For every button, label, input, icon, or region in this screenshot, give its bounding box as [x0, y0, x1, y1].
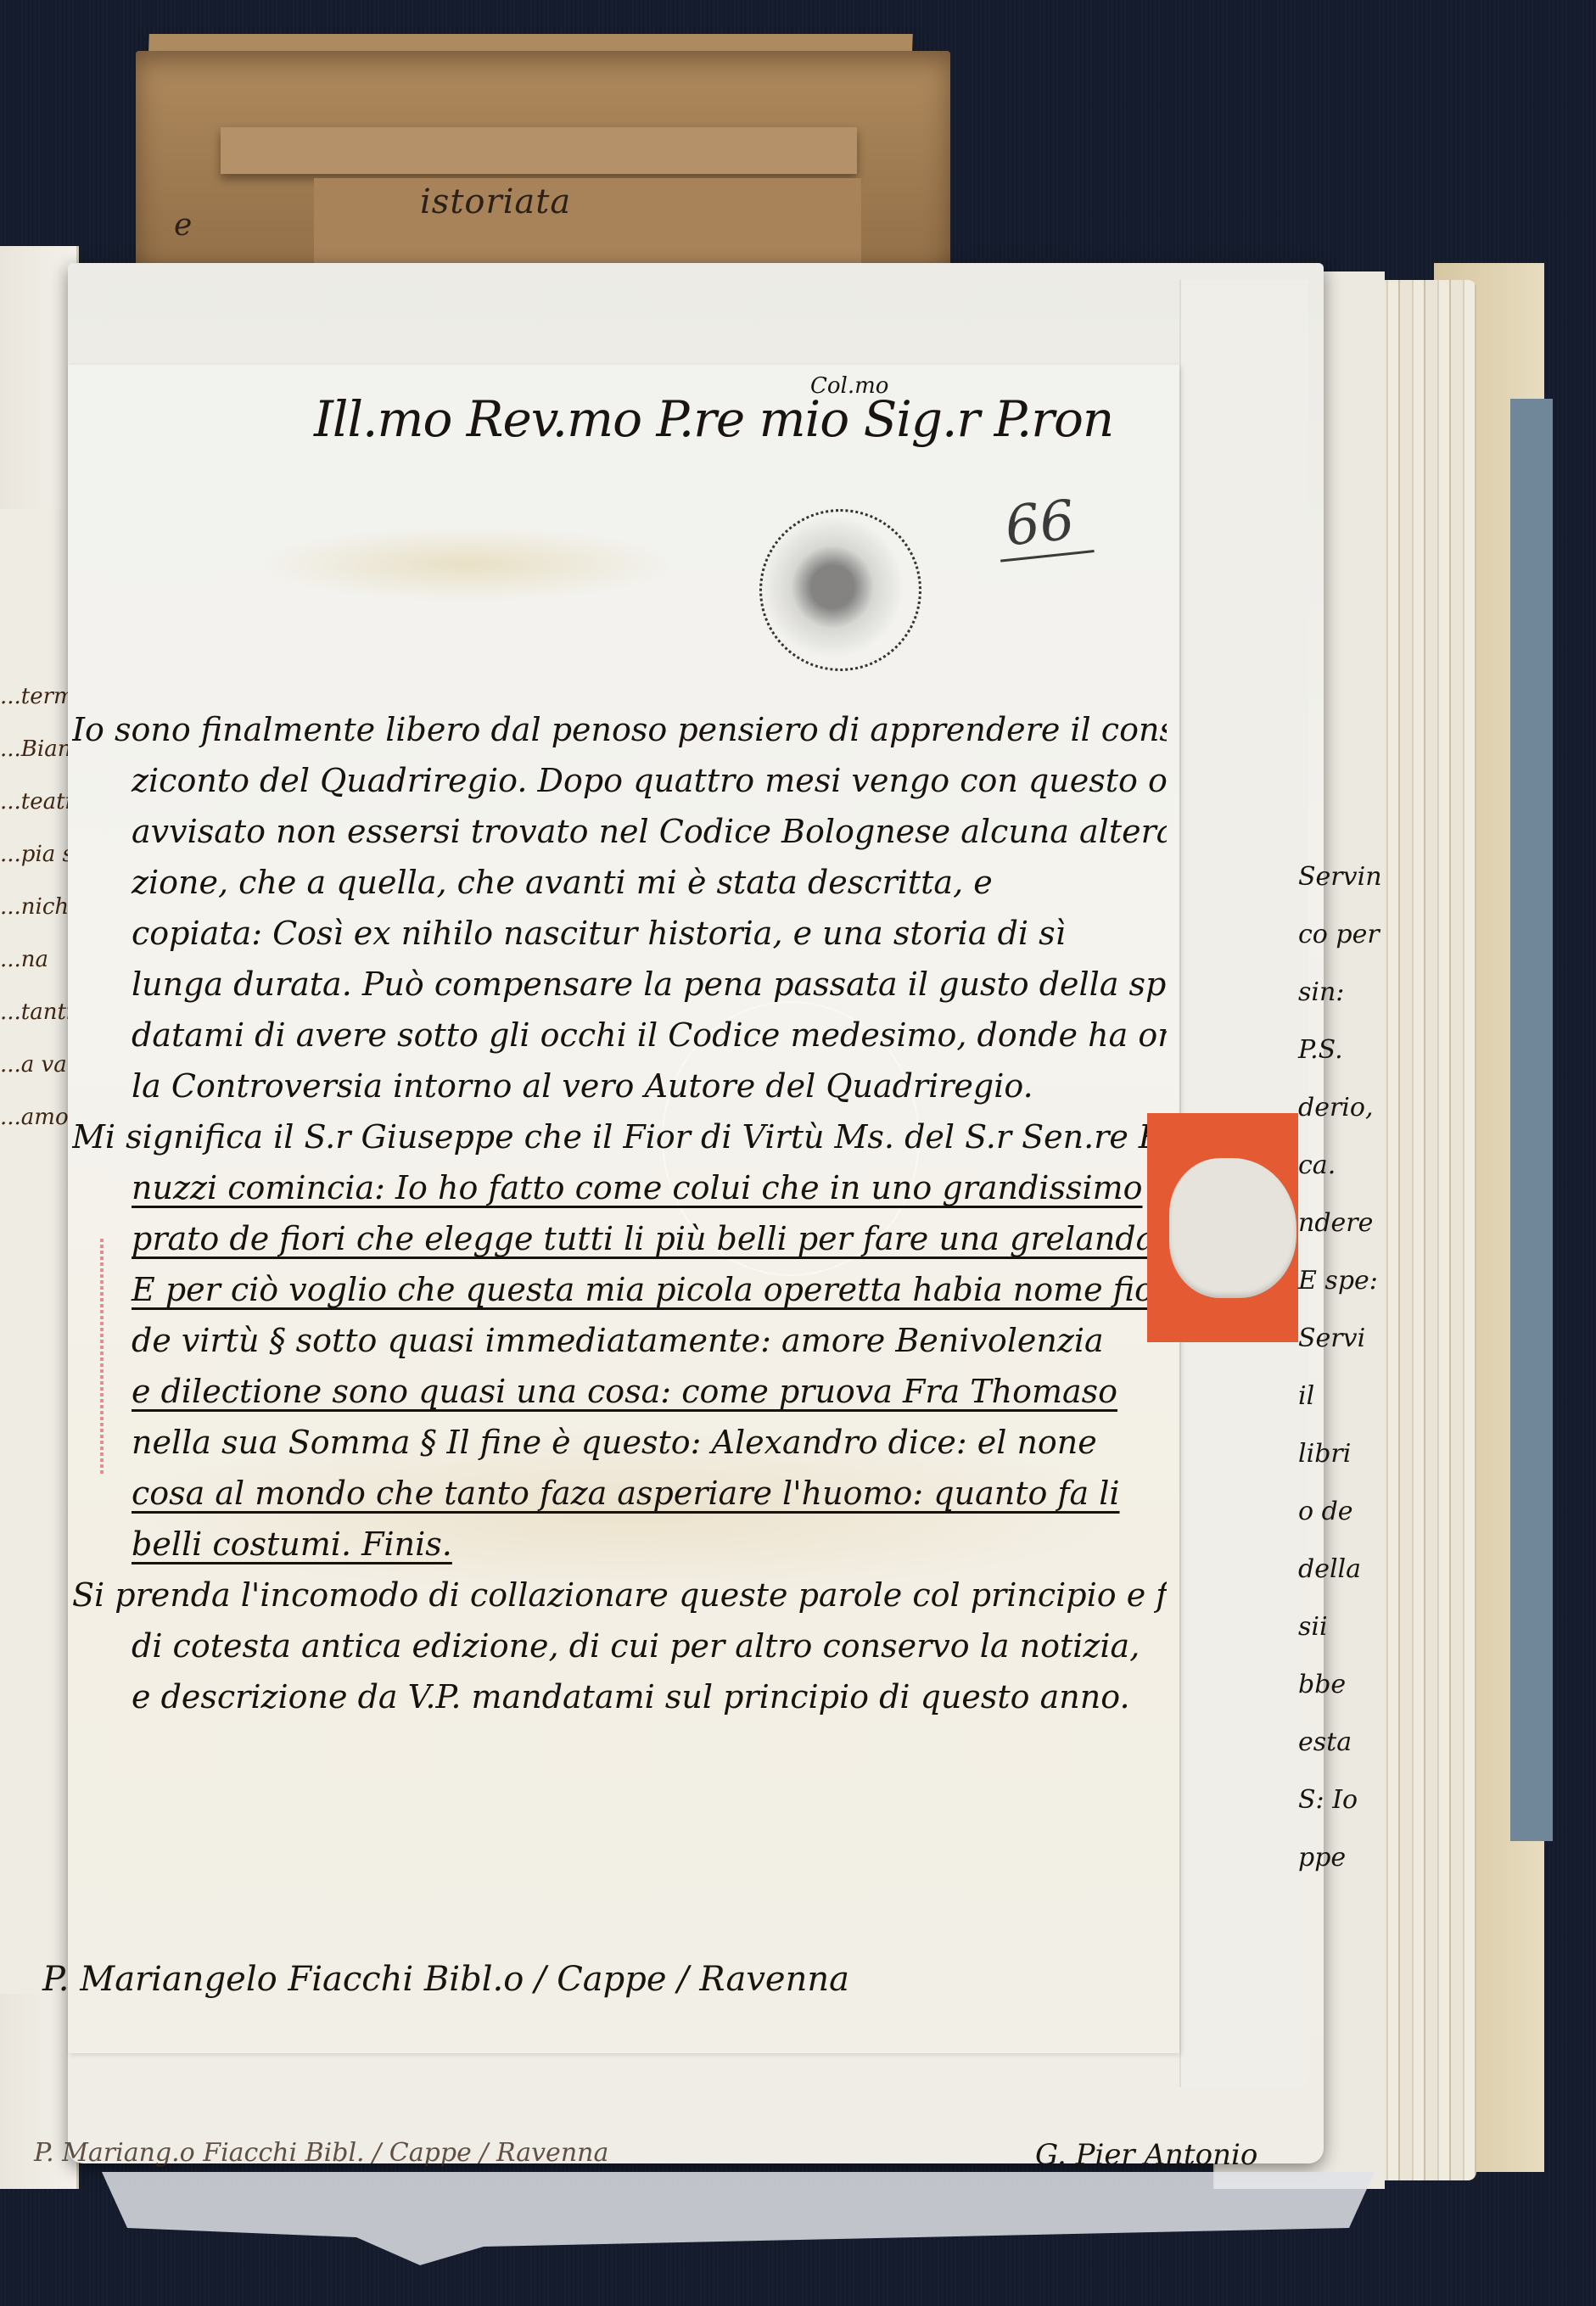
fragment-line: ...teatis	[0, 775, 68, 828]
right-page-text-fragments: Servin co per sin: P.S. derio, ca. ndere…	[1298, 848, 1417, 1887]
body-line: di cotesta antica edizione, di cui per a…	[72, 1620, 1167, 1671]
fragment-line: ndere	[1298, 1195, 1417, 1252]
fragment-line: il	[1298, 1368, 1417, 1425]
fragment-line: ...Bianca	[0, 723, 68, 775]
fragment-line: ...niche	[0, 881, 68, 933]
fragment-line: ...termin	[0, 670, 68, 723]
offset-ink-stain	[255, 526, 679, 602]
fragment-line: Servin	[1298, 848, 1417, 906]
fragment-line: ppe	[1298, 1829, 1417, 1887]
fragment-line: P.S.	[1298, 1021, 1417, 1079]
library-stamp	[759, 509, 921, 671]
body-line-quoted: de virtù § sotto quasi immediatamente: a…	[72, 1315, 1167, 1366]
fragment-line: ...a varia	[0, 1038, 68, 1091]
fragment-line: ...pia sit	[0, 828, 68, 881]
fragment-line: bbe	[1298, 1656, 1417, 1714]
fragment-line: libri	[1298, 1425, 1417, 1483]
fragment-line: ca.	[1298, 1137, 1417, 1195]
fragment-line: sii	[1298, 1598, 1417, 1656]
fragment-line: S: Io	[1298, 1771, 1417, 1829]
fragment-line: E spe:	[1298, 1252, 1417, 1310]
fragment-line: Servi	[1298, 1310, 1417, 1368]
body-line: Io sono finalmente libero dal penoso pen…	[72, 704, 1167, 755]
body-line: Si prenda l'incomodo di collazionare que…	[72, 1570, 1167, 1620]
fragment-line: esta	[1298, 1714, 1417, 1771]
folio-number: 66	[994, 487, 1095, 562]
body-line-quoted: cosa al mondo che tanto faza asperiare l…	[72, 1468, 1167, 1519]
fragment-line: ...amo	[0, 1091, 68, 1144]
left-page-text-fragments: ...termin ...Bianca ...teatis ...pia sit…	[0, 670, 68, 1144]
fragment-line: ...na	[0, 933, 68, 986]
seal-paper-patch	[1169, 1158, 1296, 1298]
body-line: la Controversia intorno al vero Autore d…	[72, 1061, 1167, 1111]
body-line-quoted: belli costumi. Finis.	[72, 1519, 1167, 1570]
recipient-address: P. Mariangelo Fiacchi Bibl.o / Cappe / R…	[42, 1960, 849, 1999]
body-line: ziconto del Quadriregio. Dopo quattro me…	[72, 755, 1167, 806]
signature: G. Pier Antonio	[1035, 2138, 1257, 2172]
body-line: avvisato non essersi trovato nel Codice …	[72, 806, 1167, 857]
underlying-address-text: P. Mariang.o Fiacchi Bibl. / Cappe / Rav…	[34, 2138, 608, 2168]
fragment-line: derio,	[1298, 1079, 1417, 1137]
letter-body: Io sono finalmente libero dal penoso pen…	[72, 704, 1167, 1722]
body-line: lunga durata. Può compensare la pena pas…	[72, 959, 1167, 1010]
body-line: e descrizione da V.P. mandatami sul prin…	[72, 1671, 1167, 1722]
fragment-line: o de	[1298, 1483, 1417, 1541]
body-line-quoted: prato de fiori che elegge tutti li più b…	[72, 1213, 1167, 1264]
body-line-quoted: E per ciò voglio che questa mia picola o…	[72, 1264, 1167, 1315]
fragment-line: co per	[1298, 906, 1417, 964]
tissue-paper-interleaf	[102, 2172, 1375, 2265]
fragment-line: della	[1298, 1541, 1417, 1598]
body-line: copiata: Così ex nihilo nascitur histori…	[72, 908, 1167, 959]
fragment-line: sin:	[1298, 964, 1417, 1021]
body-line: zione, che a quella, che avanti mi è sta…	[72, 857, 1167, 908]
folder-side-mark: e	[174, 208, 192, 243]
fragment-line: ...tanti	[0, 986, 68, 1038]
body-line: Mi significa il S.r Giuseppe che il Fior…	[72, 1111, 1167, 1162]
body-line: datami di avere sotto gli occhi il Codic…	[72, 1010, 1167, 1061]
red-pencil-margin-mark	[100, 1239, 104, 1476]
body-line-quoted: nella sua Somma § Il fine è questo: Alex…	[72, 1417, 1167, 1468]
salutation-superscript: Col.mo	[810, 373, 888, 399]
folder-label: istoriata	[420, 182, 571, 221]
body-line-quoted: nuzzi comincia: Io ho fatto come colui c…	[72, 1162, 1167, 1213]
letter-salutation: Ill.mo Rev.mo P.re mio Sig.r P.ron	[314, 390, 1113, 448]
folder-inner-flap	[221, 127, 857, 174]
blue-cover	[1510, 399, 1553, 1841]
body-line-quoted: e dilectione sono quasi una cosa: come p…	[72, 1366, 1167, 1417]
